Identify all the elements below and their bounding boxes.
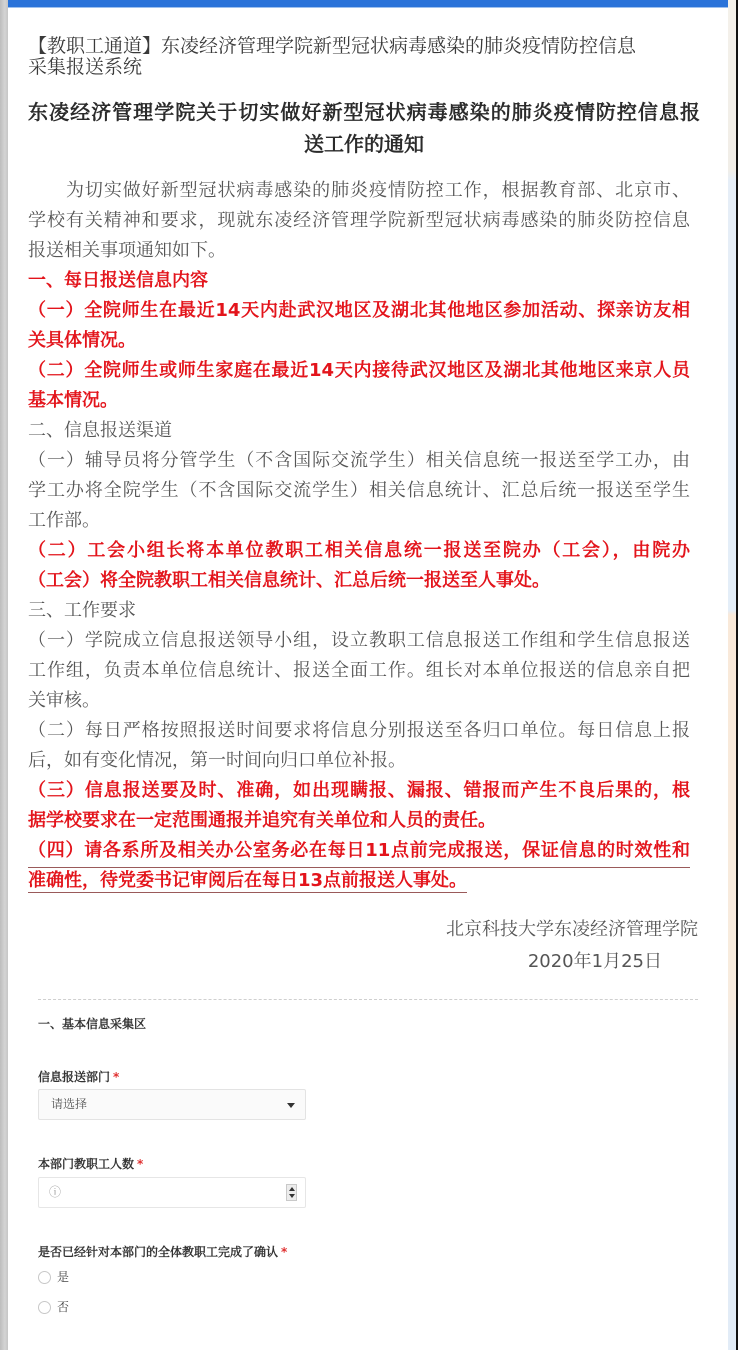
notice-line: （工会）将全院教职工相关信息统计、汇总后统一报送至人事处。 xyxy=(28,566,690,596)
radio-option-no[interactable]: 否 xyxy=(38,1298,69,1316)
notice-title-line: 送工作的通知 xyxy=(28,128,700,160)
required-mark: * xyxy=(113,1070,119,1084)
notice-title-line: 东凌经济管理学院关于切实做好新型冠状病毒感染的肺炎疫情防控信息报 xyxy=(28,96,700,128)
notice-line: 基本情况。 xyxy=(28,386,690,416)
notice-section-heading: 三、工作要求 xyxy=(28,596,690,626)
window-left-border xyxy=(0,0,8,1350)
department-label: 信息报送部门* xyxy=(38,1068,119,1085)
notice-line: （二）每日严格按照报送时间要求将信息分别报送至各归口单位。每日信息上报 xyxy=(28,716,690,746)
notice-line: 学校有关精神和要求，现就东凌经济管理学院新型冠状病毒感染的肺炎防控信息 xyxy=(28,206,690,236)
department-select[interactable]: 请选择 xyxy=(38,1089,306,1120)
notice-title: 东凌经济管理学院关于切实做好新型冠状病毒感染的肺炎疫情防控信息报 送工作的通知 xyxy=(28,96,700,160)
notice-line: （二）全院师生或师生家庭在最近14天内接待武汉地区及湖北其他地区来京人员 xyxy=(28,356,690,386)
input-cursor-glyph: ⓘ xyxy=(49,1185,61,1199)
radio-circle-icon[interactable] xyxy=(38,1271,51,1284)
staff-count-label: 本部门教职工人数* xyxy=(38,1155,143,1172)
app-title-line: 【教职工通道】东凌经济管理学院新型冠状病毒感染的肺炎疫情防控信息 xyxy=(28,36,708,57)
number-spinner[interactable] xyxy=(286,1184,297,1201)
signature-date: 2020年1月25日 xyxy=(446,946,698,978)
notice-signature: 北京科技大学东凌经济管理学院 2020年1月25日 xyxy=(446,914,698,978)
notice-line: 学工办将全院学生（不含国际交流学生）相关信息统计、汇总后统一报送至学生 xyxy=(28,476,690,506)
notice-line: 据学校要求在一定范围通报并追究有关单位和人员的责任。 xyxy=(28,806,690,836)
section-divider xyxy=(38,999,698,1000)
notice-line: 为切实做好新型冠状病毒感染的肺炎疫情防控工作，根据教育部、北京市、 xyxy=(28,176,690,206)
top-accent-bar xyxy=(8,0,728,8)
notice-line: （二）工会小组长将本单位教职工相关信息统一报送至院办（工会），由院办 xyxy=(28,536,690,566)
app-title-line: 采集报送系统 xyxy=(28,57,708,78)
notice-section-heading: 二、信息报送渠道 xyxy=(28,416,690,446)
notice-line: （三）信息报送要及时、准确，如出现瞒报、漏报、错报而产生不良后果的，根 xyxy=(28,776,690,806)
radio-circle-icon[interactable] xyxy=(38,1301,51,1314)
notice-line: 关审核。 xyxy=(28,686,690,716)
notice-line: 后，如有变化情况，第一时间向归口单位补报。 xyxy=(28,746,690,776)
spinner-down-icon[interactable] xyxy=(289,1194,295,1198)
chevron-down-icon xyxy=(287,1103,295,1108)
notice-line-underlined: 准确性，待党委书记审阅后在每日13点前报送人事处。 xyxy=(28,866,690,896)
notice-line: （一）学院成立信息报送领导小组，设立教职工信息报送工作组和学生信息报送 xyxy=(28,626,690,656)
confirmation-label: 是否已经针对本部门的全体教职工完成了确认* xyxy=(38,1243,287,1260)
notice-line: （一）全院师生在最近14天内赴武汉地区及湖北其他地区参加活动、探亲访友相 xyxy=(28,296,690,326)
spinner-up-icon[interactable] xyxy=(289,1187,295,1191)
app-title: 【教职工通道】东凌经济管理学院新型冠状病毒感染的肺炎疫情防控信息 采集报送系统 xyxy=(28,36,708,78)
window-right-border xyxy=(728,0,736,1350)
notice-line-underlined: （四）请各系所及相关办公室务必在每日11点前完成报送，保证信息的时效性和 xyxy=(28,836,690,866)
notice-line: 工作组，负责本单位信息统计、报送全面工作。组长对本单位报送的信息亲自把 xyxy=(28,656,690,686)
notice-body: 为切实做好新型冠状病毒感染的肺炎疫情防控工作，根据教育部、北京市、 学校有关精神… xyxy=(28,176,690,896)
staff-count-input[interactable]: ⓘ xyxy=(38,1177,306,1208)
radio-option-yes[interactable]: 是 xyxy=(38,1268,69,1286)
notice-line: 报送相关事项通知如下。 xyxy=(28,236,690,266)
signature-org: 北京科技大学东凌经济管理学院 xyxy=(446,914,698,946)
notice-section-heading: 一、每日报送信息内容 xyxy=(28,266,690,296)
required-mark: * xyxy=(137,1157,143,1171)
notice-line: 关具体情况。 xyxy=(28,326,690,356)
form-section-title: 一、基本信息采集区 xyxy=(38,1015,146,1032)
required-mark: * xyxy=(281,1245,287,1259)
notice-line: （一）辅导员将分管学生（不含国际交流学生）相关信息统一报送至学工办，由 xyxy=(28,446,690,476)
notice-line: 工作部。 xyxy=(28,506,690,536)
